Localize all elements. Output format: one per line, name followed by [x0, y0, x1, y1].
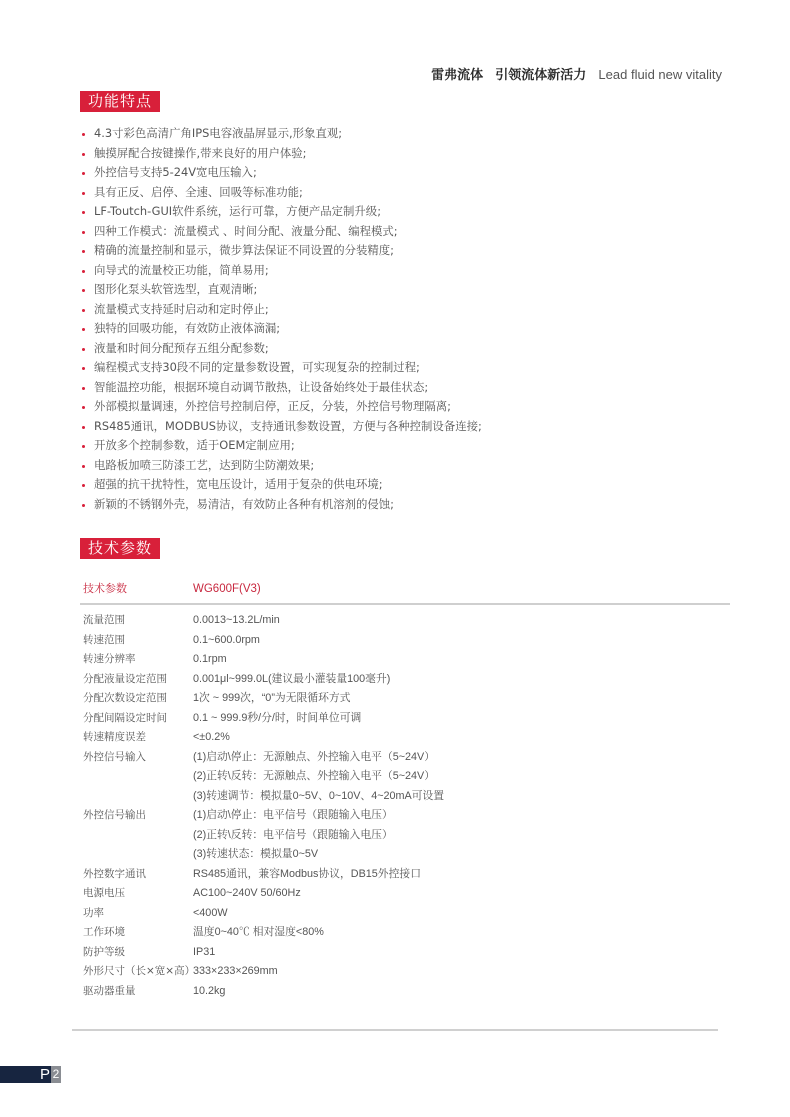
header-tagline: 雷弗流体 引领流体新活力 Lead fluid new vitality	[431, 64, 722, 83]
feature-item: 编程模式支持30段不同的定量参数设置，可实现复杂的控制过程;	[80, 358, 560, 378]
bullet-icon	[82, 309, 85, 312]
page-number: 2	[51, 1066, 61, 1083]
spec-header-label: 技术参数	[83, 581, 127, 597]
spec-table: 流量范围0.0013~13.2L/min转速范围0.1~600.0rpm转速分辨…	[83, 611, 683, 1001]
feature-item: 电路板加喷三防漆工艺，达到防尘防潮效果;	[80, 456, 560, 476]
feature-item: 向导式的流量校正功能，简单易用;	[80, 261, 560, 281]
bullet-icon	[82, 465, 85, 468]
page-tab-bar	[0, 1066, 40, 1083]
spec-values: <400W	[193, 904, 683, 924]
feature-item: 流量模式支持延时启动和定时停止;	[80, 300, 560, 320]
feature-item: 四种工作模式：流量模式 、时间分配、液量分配、编程模式;	[80, 222, 560, 242]
spec-values: AC100~240V 50/60Hz	[193, 884, 683, 904]
spec-label: 外控信号输出	[83, 806, 146, 826]
feature-text: 电路板加喷三防漆工艺，达到防尘防潮效果;	[94, 458, 314, 472]
spec-row: 外控信号输出(1)启动\停止：电平信号（跟随输入电压）(2)正转\反转：电平信号…	[83, 806, 683, 865]
feature-item: RS485通讯，MODBUS协议，支持通讯参数设置，方便与各种控制设备连接;	[80, 417, 560, 437]
spec-value: (2)正转\反转：无源触点、外控输入电平（5~24V）	[193, 767, 683, 787]
spec-row: 转速精度误差<±0.2%	[83, 728, 683, 748]
page-prefix: P	[40, 1066, 51, 1083]
spec-label: 电源电压	[83, 884, 125, 904]
spec-value: <±0.2%	[193, 728, 683, 748]
spec-values: (1)启动\停止：无源触点、外控输入电平（5~24V）(2)正转\反转：无源触点…	[193, 748, 683, 807]
features-list: 4.3寸彩色高清广角IPS电容液晶屏显示,形象直观;触摸屏配合按键操作,带来良好…	[80, 124, 560, 514]
spec-label: 功率	[83, 904, 104, 924]
bullet-icon	[82, 387, 85, 390]
spec-label: 驱动器重量	[83, 982, 136, 1002]
spec-row: 分配间隔设定时间0.1 ~ 999.9秒/分/时，时间单位可调	[83, 709, 683, 729]
spec-row: 外控数字通讯RS485通讯，兼容Modbus协议，DB15外控接口	[83, 865, 683, 885]
bullet-icon	[82, 250, 85, 253]
slogan-en: Lead fluid new vitality	[598, 67, 722, 82]
feature-text: 图形化泵头软管选型，直观清晰;	[94, 282, 257, 296]
bullet-icon	[82, 172, 85, 175]
feature-text: 4.3寸彩色高清广角IPS电容液晶屏显示,形象直观;	[94, 126, 342, 140]
spec-row: 流量范围0.0013~13.2L/min	[83, 611, 683, 631]
spec-row: 电源电压AC100~240V 50/60Hz	[83, 884, 683, 904]
spec-row: 转速分辨率0.1rpm	[83, 650, 683, 670]
slogan-cn: 引领流体新活力	[495, 68, 586, 83]
feature-text: LF-Toutch-GUI软件系统，运行可靠，方便产品定制升级;	[94, 204, 381, 218]
spec-value: IP31	[193, 943, 683, 963]
spec-value: (1)启动\停止：电平信号（跟随输入电压）	[193, 806, 683, 826]
feature-item: 4.3寸彩色高清广角IPS电容液晶屏显示,形象直观;	[80, 124, 560, 144]
spec-label: 流量范围	[83, 611, 125, 631]
feature-text: 超强的抗干扰特性，宽电压设计，适用于复杂的供电环境;	[94, 477, 383, 491]
features-section-title: 功能特点	[80, 91, 160, 112]
spec-row: 工作环境温度0~40℃ 相对湿度<80%	[83, 923, 683, 943]
spec-label: 外形尺寸（长×宽×高）	[83, 962, 195, 982]
feature-item: 新颖的不锈钢外壳，易清洁，有效防止各种有机溶剂的侵蚀;	[80, 495, 560, 515]
spec-values: 0.1~600.0rpm	[193, 631, 683, 651]
spec-value: RS485通讯，兼容Modbus协议，DB15外控接口	[193, 865, 683, 885]
spec-value: <400W	[193, 904, 683, 924]
spec-row: 功率<400W	[83, 904, 683, 924]
feature-item: 外部模拟量调速，外控信号控制启停，正反，分装，外控信号物理隔离;	[80, 397, 560, 417]
bullet-icon	[82, 133, 85, 136]
bullet-icon	[82, 192, 85, 195]
spec-values: 10.2kg	[193, 982, 683, 1002]
spec-value: 333×233×269mm	[193, 962, 683, 982]
bullet-icon	[82, 231, 85, 234]
spec-row: 外控信号输入(1)启动\停止：无源触点、外控输入电平（5~24V）(2)正转\反…	[83, 748, 683, 807]
feature-text: 四种工作模式：流量模式 、时间分配、液量分配、编程模式;	[94, 224, 398, 238]
feature-text: RS485通讯，MODBUS协议，支持通讯参数设置，方便与各种控制设备连接;	[94, 419, 482, 433]
feature-item: 开放多个控制参数，适于OEM定制应用;	[80, 436, 560, 456]
bullet-icon	[82, 445, 85, 448]
spec-values: RS485通讯，兼容Modbus协议，DB15外控接口	[193, 865, 683, 885]
spec-value: (2)正转\反转：电平信号（跟随输入电压）	[193, 826, 683, 846]
spec-label: 转速分辨率	[83, 650, 136, 670]
bullet-icon	[82, 153, 85, 156]
spec-label: 转速范围	[83, 631, 125, 651]
bullet-icon	[82, 289, 85, 292]
footer-divider	[72, 1029, 718, 1031]
spec-row: 防护等级IP31	[83, 943, 683, 963]
spec-values: 温度0~40℃ 相对湿度<80%	[193, 923, 683, 943]
specs-section-title: 技术参数	[80, 538, 160, 559]
spec-label: 外控数字通讯	[83, 865, 146, 885]
feature-text: 外部模拟量调速，外控信号控制启停，正反，分装，外控信号物理隔离;	[94, 399, 451, 413]
bullet-icon	[82, 270, 85, 273]
spec-label: 工作环境	[83, 923, 125, 943]
brand-name: 雷弗流体	[431, 68, 483, 83]
spec-value: 1次 ~ 999次，“0”为无限循环方式	[193, 689, 683, 709]
spec-row: 转速范围0.1~600.0rpm	[83, 631, 683, 651]
bullet-icon	[82, 328, 85, 331]
spec-values: <±0.2%	[193, 728, 683, 748]
spec-value: 0.1rpm	[193, 650, 683, 670]
feature-text: 流量模式支持延时启动和定时停止;	[94, 302, 269, 316]
feature-item: 外控信号支持5-24V宽电压输入;	[80, 163, 560, 183]
feature-item: 精确的流量控制和显示，微步算法保证不同设置的分装精度;	[80, 241, 560, 261]
bullet-icon	[82, 484, 85, 487]
bullet-icon	[82, 211, 85, 214]
spec-label: 分配液量设定范围	[83, 670, 167, 690]
feature-text: 具有正反、启停、全速、回吸等标准功能;	[94, 185, 303, 199]
feature-text: 向导式的流量校正功能，简单易用;	[94, 263, 269, 277]
spec-value: (1)启动\停止：无源触点、外控输入电平（5~24V）	[193, 748, 683, 768]
bullet-icon	[82, 367, 85, 370]
feature-item: 具有正反、启停、全速、回吸等标准功能;	[80, 183, 560, 203]
feature-item: LF-Toutch-GUI软件系统，运行可靠，方便产品定制升级;	[80, 202, 560, 222]
spec-header-divider	[80, 603, 730, 605]
bullet-icon	[82, 426, 85, 429]
feature-text: 独特的回吸功能，有效防止液体滴漏;	[94, 321, 280, 335]
feature-item: 图形化泵头软管选型，直观清晰;	[80, 280, 560, 300]
spec-value: (3)转速调节：模拟量0~5V、0~10V、4~20mA可设置	[193, 787, 683, 807]
feature-text: 精确的流量控制和显示，微步算法保证不同设置的分装精度;	[94, 243, 394, 257]
bullet-icon	[82, 504, 85, 507]
spec-label: 分配间隔设定时间	[83, 709, 167, 729]
spec-row: 分配次数设定范围1次 ~ 999次，“0”为无限循环方式	[83, 689, 683, 709]
feature-text: 新颖的不锈钢外壳，易清洁，有效防止各种有机溶剂的侵蚀;	[94, 497, 394, 511]
bullet-icon	[82, 406, 85, 409]
feature-text: 智能温控功能，根据环境自动调节散热，让设备始终处于最佳状态;	[94, 380, 428, 394]
spec-values: 0.1rpm	[193, 650, 683, 670]
spec-value: AC100~240V 50/60Hz	[193, 884, 683, 904]
spec-values: 333×233×269mm	[193, 962, 683, 982]
spec-values: 0.1 ~ 999.9秒/分/时，时间单位可调	[193, 709, 683, 729]
spec-row: 驱动器重量10.2kg	[83, 982, 683, 1002]
spec-label: 转速精度误差	[83, 728, 146, 748]
feature-text: 开放多个控制参数，适于OEM定制应用;	[94, 438, 295, 452]
spec-value: 0.0013~13.2L/min	[193, 611, 683, 631]
feature-item: 独特的回吸功能，有效防止液体滴漏;	[80, 319, 560, 339]
feature-text: 编程模式支持30段不同的定量参数设置，可实现复杂的控制过程;	[94, 360, 420, 374]
spec-value: 温度0~40℃ 相对湿度<80%	[193, 923, 683, 943]
feature-item: 液量和时间分配预存五组分配参数;	[80, 339, 560, 359]
spec-values: 1次 ~ 999次，“0”为无限循环方式	[193, 689, 683, 709]
spec-value: 10.2kg	[193, 982, 683, 1002]
spec-value: 0.001μl~999.0L(建议最小灌装量100毫升)	[193, 670, 683, 690]
spec-values: 0.001μl~999.0L(建议最小灌装量100毫升)	[193, 670, 683, 690]
spec-label: 防护等级	[83, 943, 125, 963]
spec-value: (3)转速状态：模拟量0~5V	[193, 845, 683, 865]
spec-row: 外形尺寸（长×宽×高）333×233×269mm	[83, 962, 683, 982]
spec-label: 外控信号输入	[83, 748, 146, 768]
spec-row: 分配液量设定范围0.001μl~999.0L(建议最小灌装量100毫升)	[83, 670, 683, 690]
feature-item: 触摸屏配合按键操作,带来良好的用户体验;	[80, 144, 560, 164]
spec-label: 分配次数设定范围	[83, 689, 167, 709]
feature-text: 液量和时间分配预存五组分配参数;	[94, 341, 269, 355]
bullet-icon	[82, 348, 85, 351]
spec-value: 0.1 ~ 999.9秒/分/时，时间单位可调	[193, 709, 683, 729]
feature-item: 超强的抗干扰特性，宽电压设计，适用于复杂的供电环境;	[80, 475, 560, 495]
spec-values: 0.0013~13.2L/min	[193, 611, 683, 631]
spec-values: (1)启动\停止：电平信号（跟随输入电压）(2)正转\反转：电平信号（跟随输入电…	[193, 806, 683, 865]
spec-values: IP31	[193, 943, 683, 963]
feature-text: 外控信号支持5-24V宽电压输入;	[94, 165, 257, 179]
spec-value: 0.1~600.0rpm	[193, 631, 683, 651]
spec-header-model: WG600F(V3)	[193, 581, 261, 597]
feature-item: 智能温控功能，根据环境自动调节散热，让设备始终处于最佳状态;	[80, 378, 560, 398]
feature-text: 触摸屏配合按键操作,带来良好的用户体验;	[94, 146, 307, 160]
